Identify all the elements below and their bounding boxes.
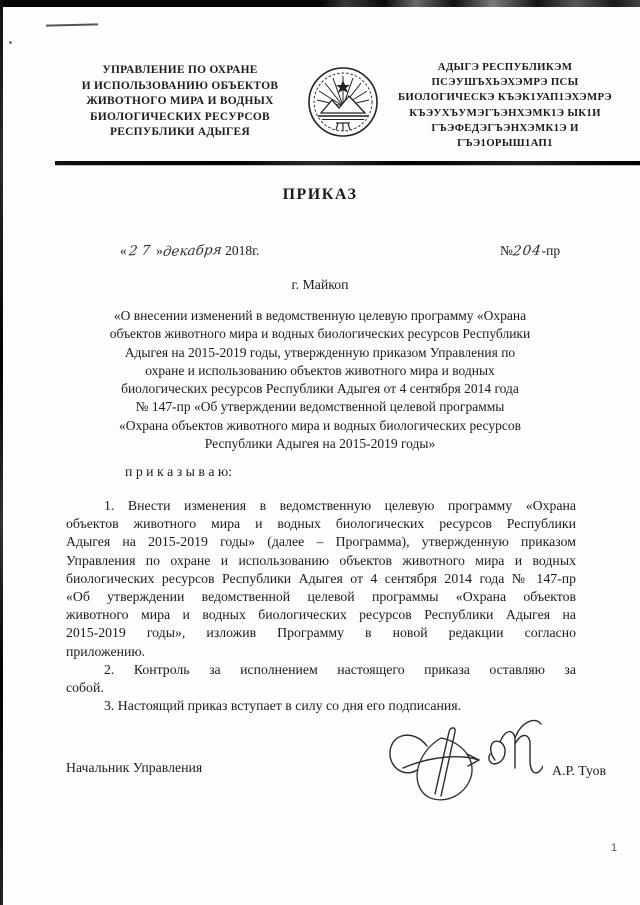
order-paragraph-2: 2. Контроль за исполнением настоящего пр… (66, 661, 576, 697)
date-open-quote: « (120, 243, 127, 258)
order-number-suffix: -пр (542, 243, 560, 258)
letterhead: УПРАВЛЕНИЕ ПО ОХРАНЕ И ИСПОЛЬЗОВАНИЮ ОБЪ… (62, 60, 622, 151)
org-name-adyghe: АДЫГЭ РЕСПУБЛИКЭМ ПСЭУШЪХЬЭХЭМРЭ ПСЫ БИО… (388, 60, 622, 151)
handwritten-month: декабря (162, 242, 222, 260)
pen-mark-artifact (46, 19, 98, 26)
handwritten-order-number: 204 (512, 243, 543, 260)
issue-place: г. Майкоп (0, 277, 640, 293)
scanned-order-page: УПРАВЛЕНИЕ ПО ОХРАНЕ И ИСПОЛЬЗОВАНИЮ ОБЪ… (0, 0, 640, 905)
order-verb: п р и к а з ы в а ю: (125, 464, 232, 480)
handwritten-day: 27 (128, 243, 155, 260)
page-number: 1 (611, 842, 617, 854)
number-sign: № (500, 243, 513, 258)
order-number-field: №204-пр (500, 243, 560, 259)
document-title: ПРИКАЗ (0, 186, 640, 204)
order-body: 1. Внести изменения в ведомственную целе… (66, 497, 576, 715)
signature-scribble (383, 716, 543, 821)
order-subject: «О внесении изменений в ведомственную це… (68, 307, 572, 453)
adygea-state-emblem-icon (305, 60, 381, 144)
order-paragraph-3: 3. Настоящий приказ вступает в силу со д… (66, 697, 576, 715)
signer-name: А.Р. Туов (552, 763, 606, 779)
date-field: «27»декабря2018г. (120, 243, 260, 259)
org-name-russian: УПРАВЛЕНИЕ ПО ОХРАНЕ И ИСПОЛЬЗОВАНИЮ ОБЪ… (62, 60, 298, 141)
scan-speck-artifact (9, 41, 12, 44)
date-year: 2018г. (225, 243, 259, 258)
signer-position: Начальник Управления (66, 760, 202, 776)
scan-top-edge-artifact (0, 0, 640, 7)
date-and-number-row: «27»декабря2018г. №204-пр (66, 243, 596, 265)
scan-left-edge-artifact (0, 0, 3, 905)
order-paragraph-1: 1. Внести изменения в ведомственную целе… (66, 497, 576, 661)
letterhead-divider-rule (55, 161, 640, 165)
